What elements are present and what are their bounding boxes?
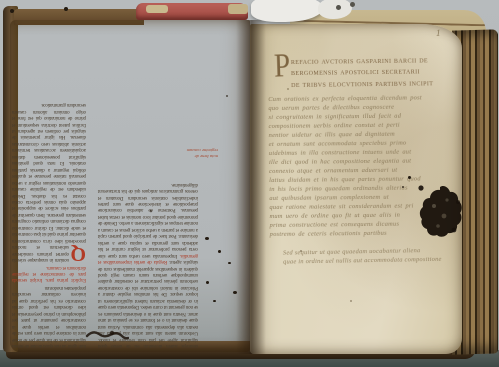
left-page: tum igitur ad hoc quod dicitur de modis … — [10, 20, 250, 352]
ink-speck — [206, 281, 209, 284]
printed-column-1: tum igitur ad hoc quod dicitur de modis … — [12, 24, 86, 348]
tab-hole — [350, 2, 355, 7]
right-page: 1 P refacio avctoris gasparini barcii de… — [250, 24, 462, 354]
printed-text: tum igitur ad hoc quod dicitur de modis … — [12, 283, 86, 348]
heading-initial-P: P — [273, 50, 290, 84]
folio-number: 1 — [436, 28, 441, 38]
ink-speck — [218, 250, 221, 253]
red-margin-note: nota bene de regimine casuum — [182, 148, 218, 159]
printed-text-with-initial: Quoniam in unaquaque scientia oportet pr… — [12, 101, 86, 262]
ink-speck — [300, 250, 302, 252]
headband-wear-chip — [228, 4, 248, 14]
tab-hole — [336, 5, 341, 10]
ink-speck — [205, 237, 209, 240]
headband-wear-chip — [146, 5, 168, 13]
obliterated-ink-stamp — [414, 182, 462, 244]
manuscript-closing-lines: Sed sequitur ut quae quaedam uocabantur … — [283, 246, 462, 266]
ink-squiggle-mark — [85, 326, 129, 342]
ink-speck — [287, 88, 289, 90]
manuscript-book-photo: tum igitur ad hoc quod dicitur de modis … — [0, 0, 499, 367]
printed-column-2: deinceps autem dicendum est de uerbo quo… — [98, 24, 198, 348]
ink-speck — [408, 176, 411, 179]
gutter-shadow — [236, 20, 266, 354]
ink-speck — [402, 186, 404, 188]
printed-text: Impersonalia uero uerba sunt quae sine c… — [98, 182, 198, 258]
ink-speck — [150, 210, 152, 212]
ink-speck — [226, 95, 228, 97]
manuscript-heading: refacio avctoris gasparini barcii de ber… — [291, 54, 461, 90]
ink-speck — [350, 300, 352, 302]
ink-speck — [213, 300, 216, 302]
ink-speck — [228, 262, 231, 264]
red-initial-Q: Q — [69, 245, 86, 262]
printed-text: uoniam in unaquaque scientia oportet pri… — [12, 102, 86, 262]
rubric-red-text: Explicit prima pars. Incipit secunda par… — [12, 263, 86, 282]
binding-nail-dot — [64, 7, 68, 11]
binding-nail-dot — [10, 9, 14, 13]
